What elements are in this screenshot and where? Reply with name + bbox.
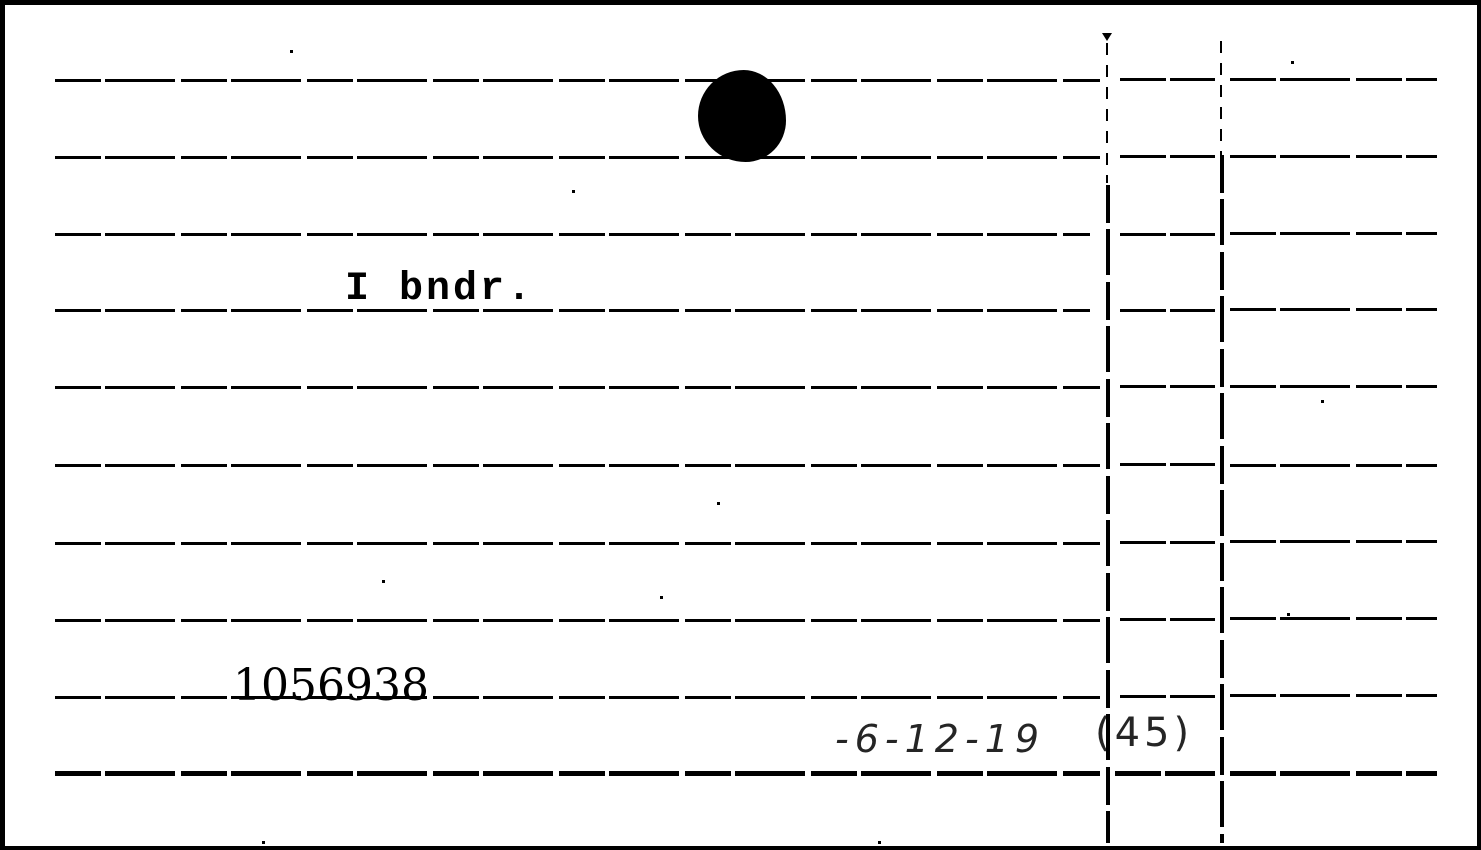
ruled-line <box>1230 617 1437 620</box>
ruled-line <box>55 386 1100 389</box>
handwritten-paren-note: (45) <box>1095 710 1193 756</box>
scan-speck <box>717 502 720 505</box>
column-divider <box>1220 155 1224 843</box>
handwritten-note: -6-12-19 <box>835 717 1045 761</box>
scan-speck <box>290 50 293 53</box>
ruled-line <box>1230 771 1437 776</box>
ruled-line <box>55 696 1100 699</box>
punch-hole <box>698 70 786 162</box>
ruled-line <box>55 464 1100 467</box>
column-marker <box>1102 33 1112 41</box>
scan-speck <box>1291 61 1294 64</box>
ruled-line <box>1230 308 1437 311</box>
ruled-line <box>1120 541 1215 544</box>
scan-speck <box>878 841 881 844</box>
scan-speck <box>660 596 663 599</box>
ruled-line <box>1230 385 1437 388</box>
ruled-line <box>1230 78 1437 81</box>
title-entry: I bndr. <box>345 267 534 312</box>
scan-speck <box>382 580 385 583</box>
ruled-line <box>1120 695 1215 698</box>
ruled-line <box>55 619 1100 622</box>
ruled-line <box>1115 771 1215 776</box>
ruled-line <box>1120 78 1215 81</box>
ruled-line <box>1120 309 1215 312</box>
ruled-line <box>1230 155 1437 158</box>
ruled-line <box>1120 233 1215 236</box>
ruled-line <box>55 771 1100 776</box>
scan-speck <box>572 190 575 193</box>
scan-speck <box>1287 613 1290 616</box>
index-card: I bndr. 1056938 -6-12-19 (45) <box>0 0 1481 850</box>
ruled-line <box>55 156 1100 159</box>
scan-speck <box>262 841 265 844</box>
ruled-line <box>55 309 1090 312</box>
ruled-line <box>1120 618 1215 621</box>
scan-speck <box>1321 400 1324 403</box>
ruled-line <box>55 79 1100 82</box>
ruled-line <box>1230 694 1437 697</box>
serial-number: 1056938 <box>233 660 429 711</box>
ruled-line <box>1120 385 1215 388</box>
ruled-line <box>55 233 1090 236</box>
ruled-line <box>1120 155 1215 158</box>
ruled-line <box>1120 463 1215 466</box>
column-divider <box>1220 41 1222 161</box>
ruled-line <box>55 542 1100 545</box>
ruled-line <box>1230 232 1437 235</box>
column-divider <box>1106 43 1108 183</box>
ruled-line <box>1230 464 1437 467</box>
ruled-line <box>1230 540 1437 543</box>
